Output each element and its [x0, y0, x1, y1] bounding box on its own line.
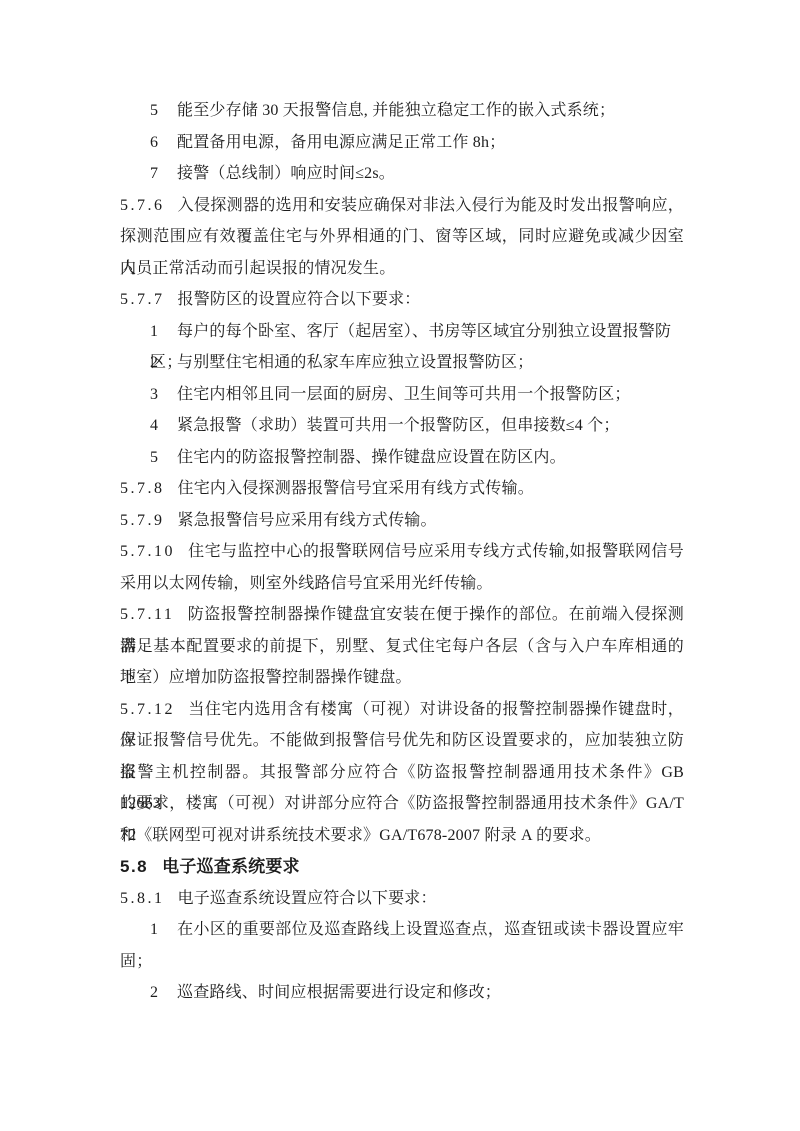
- item-number: 1: [150, 914, 177, 946]
- doc-line: 保证报警信号优先。不能做到报警信号优先和防区设置要求的，应加装独立防盗: [120, 725, 684, 757]
- item-number: 5: [150, 95, 177, 127]
- doc-line: 7接警（总线制）响应时间≤2s。: [120, 158, 684, 190]
- doc-line: 下室）应增加防盗报警控制器操作键盘。: [120, 662, 684, 694]
- doc-line: 1每户的每个卧室、客厅（起居室）、书房等区域宜分别独立设置报警防区；: [120, 316, 684, 348]
- doc-line: 5.7.8住宅内入侵探测器报警信号宜采用有线方式传输。: [120, 473, 684, 505]
- item-number: 6: [150, 127, 177, 159]
- line-text: 采用以太网传输，则室外线路信号宜采用光纤传输。: [120, 575, 493, 592]
- item-number: 7: [150, 158, 177, 190]
- doc-line: 4紧急报警（求助）装置可共用一个报警防区，但串接数≤4 个；: [120, 410, 684, 442]
- line-text: 入侵探测器的选用和安装应确保对非法入侵行为能及时发出报警响应，: [178, 197, 685, 214]
- line-text: 固；: [120, 953, 152, 970]
- line-text: 住宅内的防盗报警控制器、操作键盘应设置在防区内。: [177, 449, 566, 466]
- line-text: 巡查路线、时间应根据需要进行设定和修改；: [177, 984, 501, 1001]
- doc-line: 报警主机控制器。其报警部分应符合《防盗报警控制器通用技术条件》GB 12663: [120, 757, 684, 789]
- document-body: 5能至少存储 30 天报警信息, 并能独立稳定工作的嵌入式系统； 6配置备用电源…: [120, 95, 684, 1009]
- doc-line: 5.7.10住宅与监控中心的报警联网信号应采用专线方式传输,如报警联网信号: [120, 536, 684, 568]
- item-number: 1: [150, 316, 177, 348]
- line-text: 能至少存储 30 天报警信息, 并能独立稳定工作的嵌入式系统；: [177, 102, 615, 119]
- doc-line: 5.7.6入侵探测器的选用和安装应确保对非法入侵行为能及时发出报警响应，: [120, 190, 684, 222]
- section-number: 5.8: [120, 857, 148, 876]
- clause-number: 5.7.9: [120, 512, 165, 529]
- clause-number: 5.7.7: [120, 291, 165, 308]
- item-number: 4: [150, 410, 177, 442]
- line-text: 住宅内入侵探测器报警信号宜采用有线方式传输。: [178, 480, 534, 497]
- line-text: 在小区的重要部位及巡查路线上设置巡查点，巡查钮或读卡器设置应牢: [177, 921, 684, 938]
- clause-number: 5.7.6: [120, 197, 165, 214]
- line-text: 紧急报警信号应采用有线方式传输。: [178, 512, 437, 529]
- doc-line: 1在小区的重要部位及巡查路线上设置巡查点，巡查钮或读卡器设置应牢: [120, 914, 684, 946]
- line-text: 住宅内相邻且同一层面的厨房、卫生间等可共用一个报警防区；: [177, 386, 631, 403]
- doc-line: 3住宅内相邻且同一层面的厨房、卫生间等可共用一个报警防区；: [120, 379, 684, 411]
- doc-line: 5住宅内的防盗报警控制器、操作键盘应设置在防区内。: [120, 442, 684, 474]
- line-text: 下室）应增加防盗报警控制器操作键盘。: [120, 669, 412, 686]
- item-number: 2: [150, 347, 177, 379]
- item-number: 3: [150, 379, 177, 411]
- clause-number: 5.7.10: [120, 543, 175, 560]
- doc-line: 探测范围应有效覆盖住宅与外界相通的门、窗等区域，同时应避免或减少因室内: [120, 221, 684, 253]
- line-text: 和《联网型可视对讲系统技术要求》GA/T678-2007 附录 A 的要求。: [120, 827, 601, 844]
- doc-line: 的要求，楼寓（可视）对讲部分应符合《防盗报警控制器通用技术条件》GA/T 72: [120, 788, 684, 820]
- doc-line: 2巡查路线、时间应根据需要进行设定和修改；: [120, 977, 684, 1009]
- doc-line: 6配置备用电源，备用电源应满足正常工作 8h；: [120, 127, 684, 159]
- doc-line: 采用以太网传输，则室外线路信号宜采用光纤传输。: [120, 568, 684, 600]
- clause-number: 5.7.11: [120, 606, 174, 623]
- item-number: 5: [150, 442, 177, 474]
- doc-line: 5.7.9紧急报警信号应采用有线方式传输。: [120, 505, 684, 537]
- doc-line: 5.8.1电子巡查系统设置应符合以下要求：: [120, 883, 684, 915]
- clause-number: 5.7.8: [120, 480, 165, 497]
- line-text: 住宅与监控中心的报警联网信号应采用专线方式传输,如报警联网信号: [188, 543, 684, 560]
- doc-line: 5.7.12当住宅内选用含有楼寓（可视）对讲设备的报警控制器操作键盘时，应: [120, 694, 684, 726]
- line-text: 配置备用电源，备用电源应满足正常工作 8h；: [177, 134, 505, 151]
- line-text: 人员正常活动而引起误报的情况发生。: [120, 260, 395, 277]
- section-title: 电子巡查系统要求: [162, 857, 300, 876]
- section-heading: 5.8电子巡查系统要求: [120, 851, 684, 883]
- line-text: 与别墅住宅相通的私家车库应独立设置报警防区；: [177, 354, 533, 371]
- doc-line: 5.7.11防盗报警控制器操作键盘宜安装在便于操作的部位。在前端入侵探测器: [120, 599, 684, 631]
- doc-line: 人员正常活动而引起误报的情况发生。: [120, 253, 684, 285]
- doc-line: 2与别墅住宅相通的私家车库应独立设置报警防区；: [120, 347, 684, 379]
- line-text: 报警防区的设置应符合以下要求：: [178, 291, 421, 308]
- document-page: 5能至少存储 30 天报警信息, 并能独立稳定工作的嵌入式系统； 6配置备用电源…: [0, 0, 800, 1131]
- clause-number: 5.7.12: [120, 701, 175, 718]
- line-text: 紧急报警（求助）装置可共用一个报警防区，但串接数≤4 个；: [177, 417, 620, 434]
- doc-line: 固；: [120, 946, 684, 978]
- doc-line: 5.7.7报警防区的设置应符合以下要求：: [120, 284, 684, 316]
- line-text: 电子巡查系统设置应符合以下要求：: [178, 890, 437, 907]
- doc-line: 5能至少存储 30 天报警信息, 并能独立稳定工作的嵌入式系统；: [120, 95, 684, 127]
- doc-line: 和《联网型可视对讲系统技术要求》GA/T678-2007 附录 A 的要求。: [120, 820, 684, 852]
- line-text: 接警（总线制）响应时间≤2s。: [177, 165, 395, 182]
- item-number: 2: [150, 977, 177, 1009]
- clause-number: 5.8.1: [120, 890, 165, 907]
- doc-line: 满足基本配置要求的前提下，别墅、复式住宅每户各层（含与入户车库相通的地: [120, 631, 684, 663]
